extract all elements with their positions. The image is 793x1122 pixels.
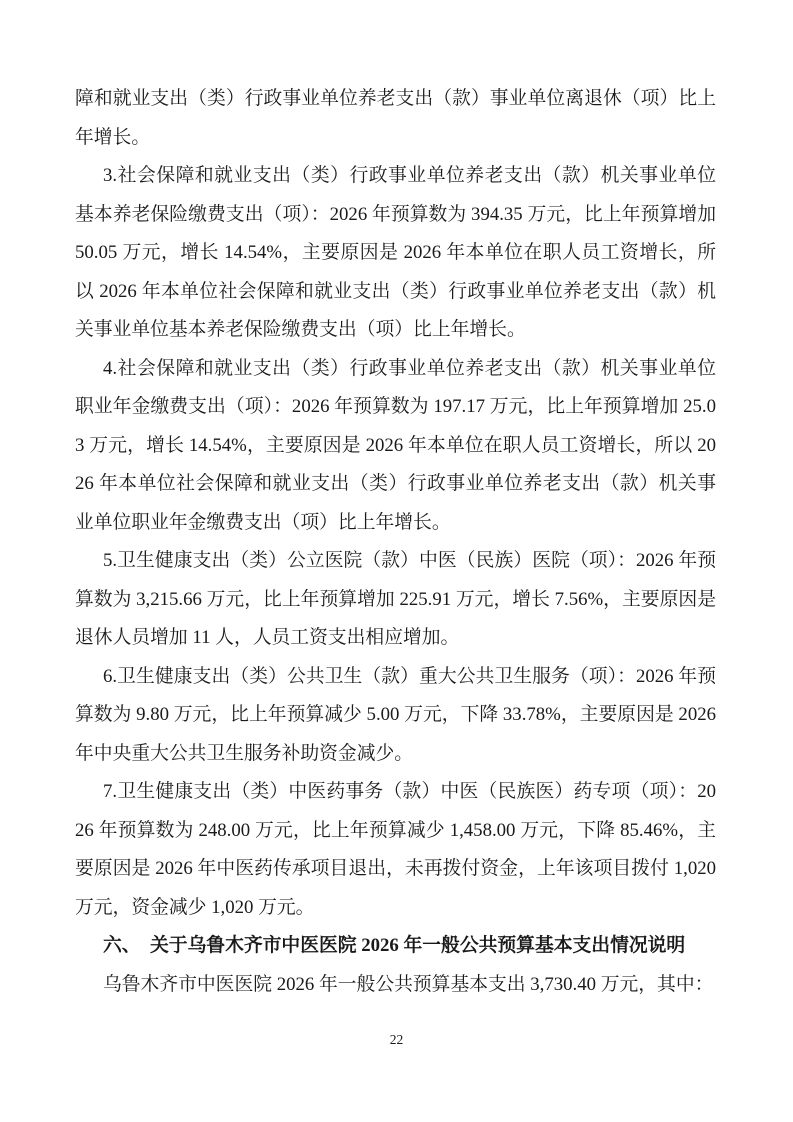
paragraph-continuation: 障和就业支出（类）行政事业单位养老支出（款）事业单位离退休（项）比上年增长。 — [75, 80, 716, 157]
page-number: 22 — [0, 1032, 793, 1048]
paragraph-item-5: 5.卫生健康支出（类）公立医院（款）中医（民族）医院（项）：2026 年预算数为… — [75, 542, 716, 658]
document-page: 障和就业支出（类）行政事业单位养老支出（款）事业单位离退休（项）比上年增长。 3… — [0, 0, 793, 1122]
paragraph-basic-expenditure-intro: 乌鲁木齐市中医医院 2026 年一般公共预算基本支出 3,730.40 万元，其… — [75, 966, 716, 1005]
document-body: 障和就业支出（类）行政事业单位养老支出（款）事业单位离退休（项）比上年增长。 3… — [75, 80, 716, 1004]
paragraph-item-7: 7.卫生健康支出（类）中医药事务（款）中医（民族医）药专项（项）：2026 年预… — [75, 773, 716, 927]
paragraph-item-3: 3.社会保障和就业支出（类）行政事业单位养老支出（款）机关事业单位基本养老保险缴… — [75, 157, 716, 350]
section-heading: 六、 关于乌鲁木齐市中医医院 2026 年一般公共预算基本支出情况说明 — [75, 927, 716, 966]
paragraph-item-6: 6.卫生健康支出（类）公共卫生（款）重大公共卫生服务（项）：2026 年预算数为… — [75, 658, 716, 774]
paragraph-item-4: 4.社会保障和就业支出（类）行政事业单位养老支出（款）机关事业单位职业年金缴费支… — [75, 350, 716, 543]
